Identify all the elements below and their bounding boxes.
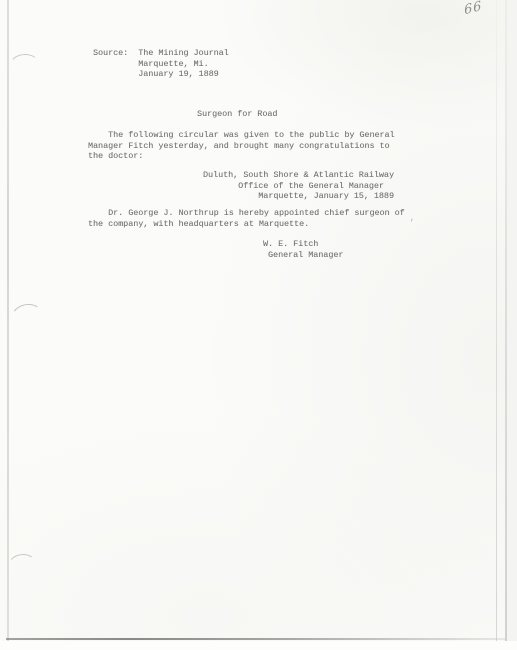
source-citation-block: Source: The Mining Journal Marquette, Mi…	[93, 48, 229, 80]
page-edge-right-outer	[505, 0, 507, 650]
page-edge-left	[7, 0, 9, 650]
scanned-page: 66 Source: The Mining Journal Marquette,…	[0, 0, 517, 650]
page-edge-right-margin	[507, 0, 517, 650]
appointment-paragraph: Dr. George J. Northrup is hereby appoint…	[88, 208, 405, 229]
stray-ink-mark: ,	[410, 214, 415, 223]
page-edge-bottom	[6, 638, 506, 640]
signature-block: W. E. Fitch General Manager	[263, 239, 343, 260]
railway-letterhead: Duluth, South Shore & Atlantic Railway O…	[203, 170, 394, 202]
paper-background	[0, 0, 517, 650]
page-edge-right-inner	[496, 0, 497, 650]
scanner-background-strip	[0, 641, 517, 650]
article-heading: Surgeon for Road	[197, 109, 277, 120]
article-lead-paragraph: The following circular was given to the …	[88, 130, 395, 162]
